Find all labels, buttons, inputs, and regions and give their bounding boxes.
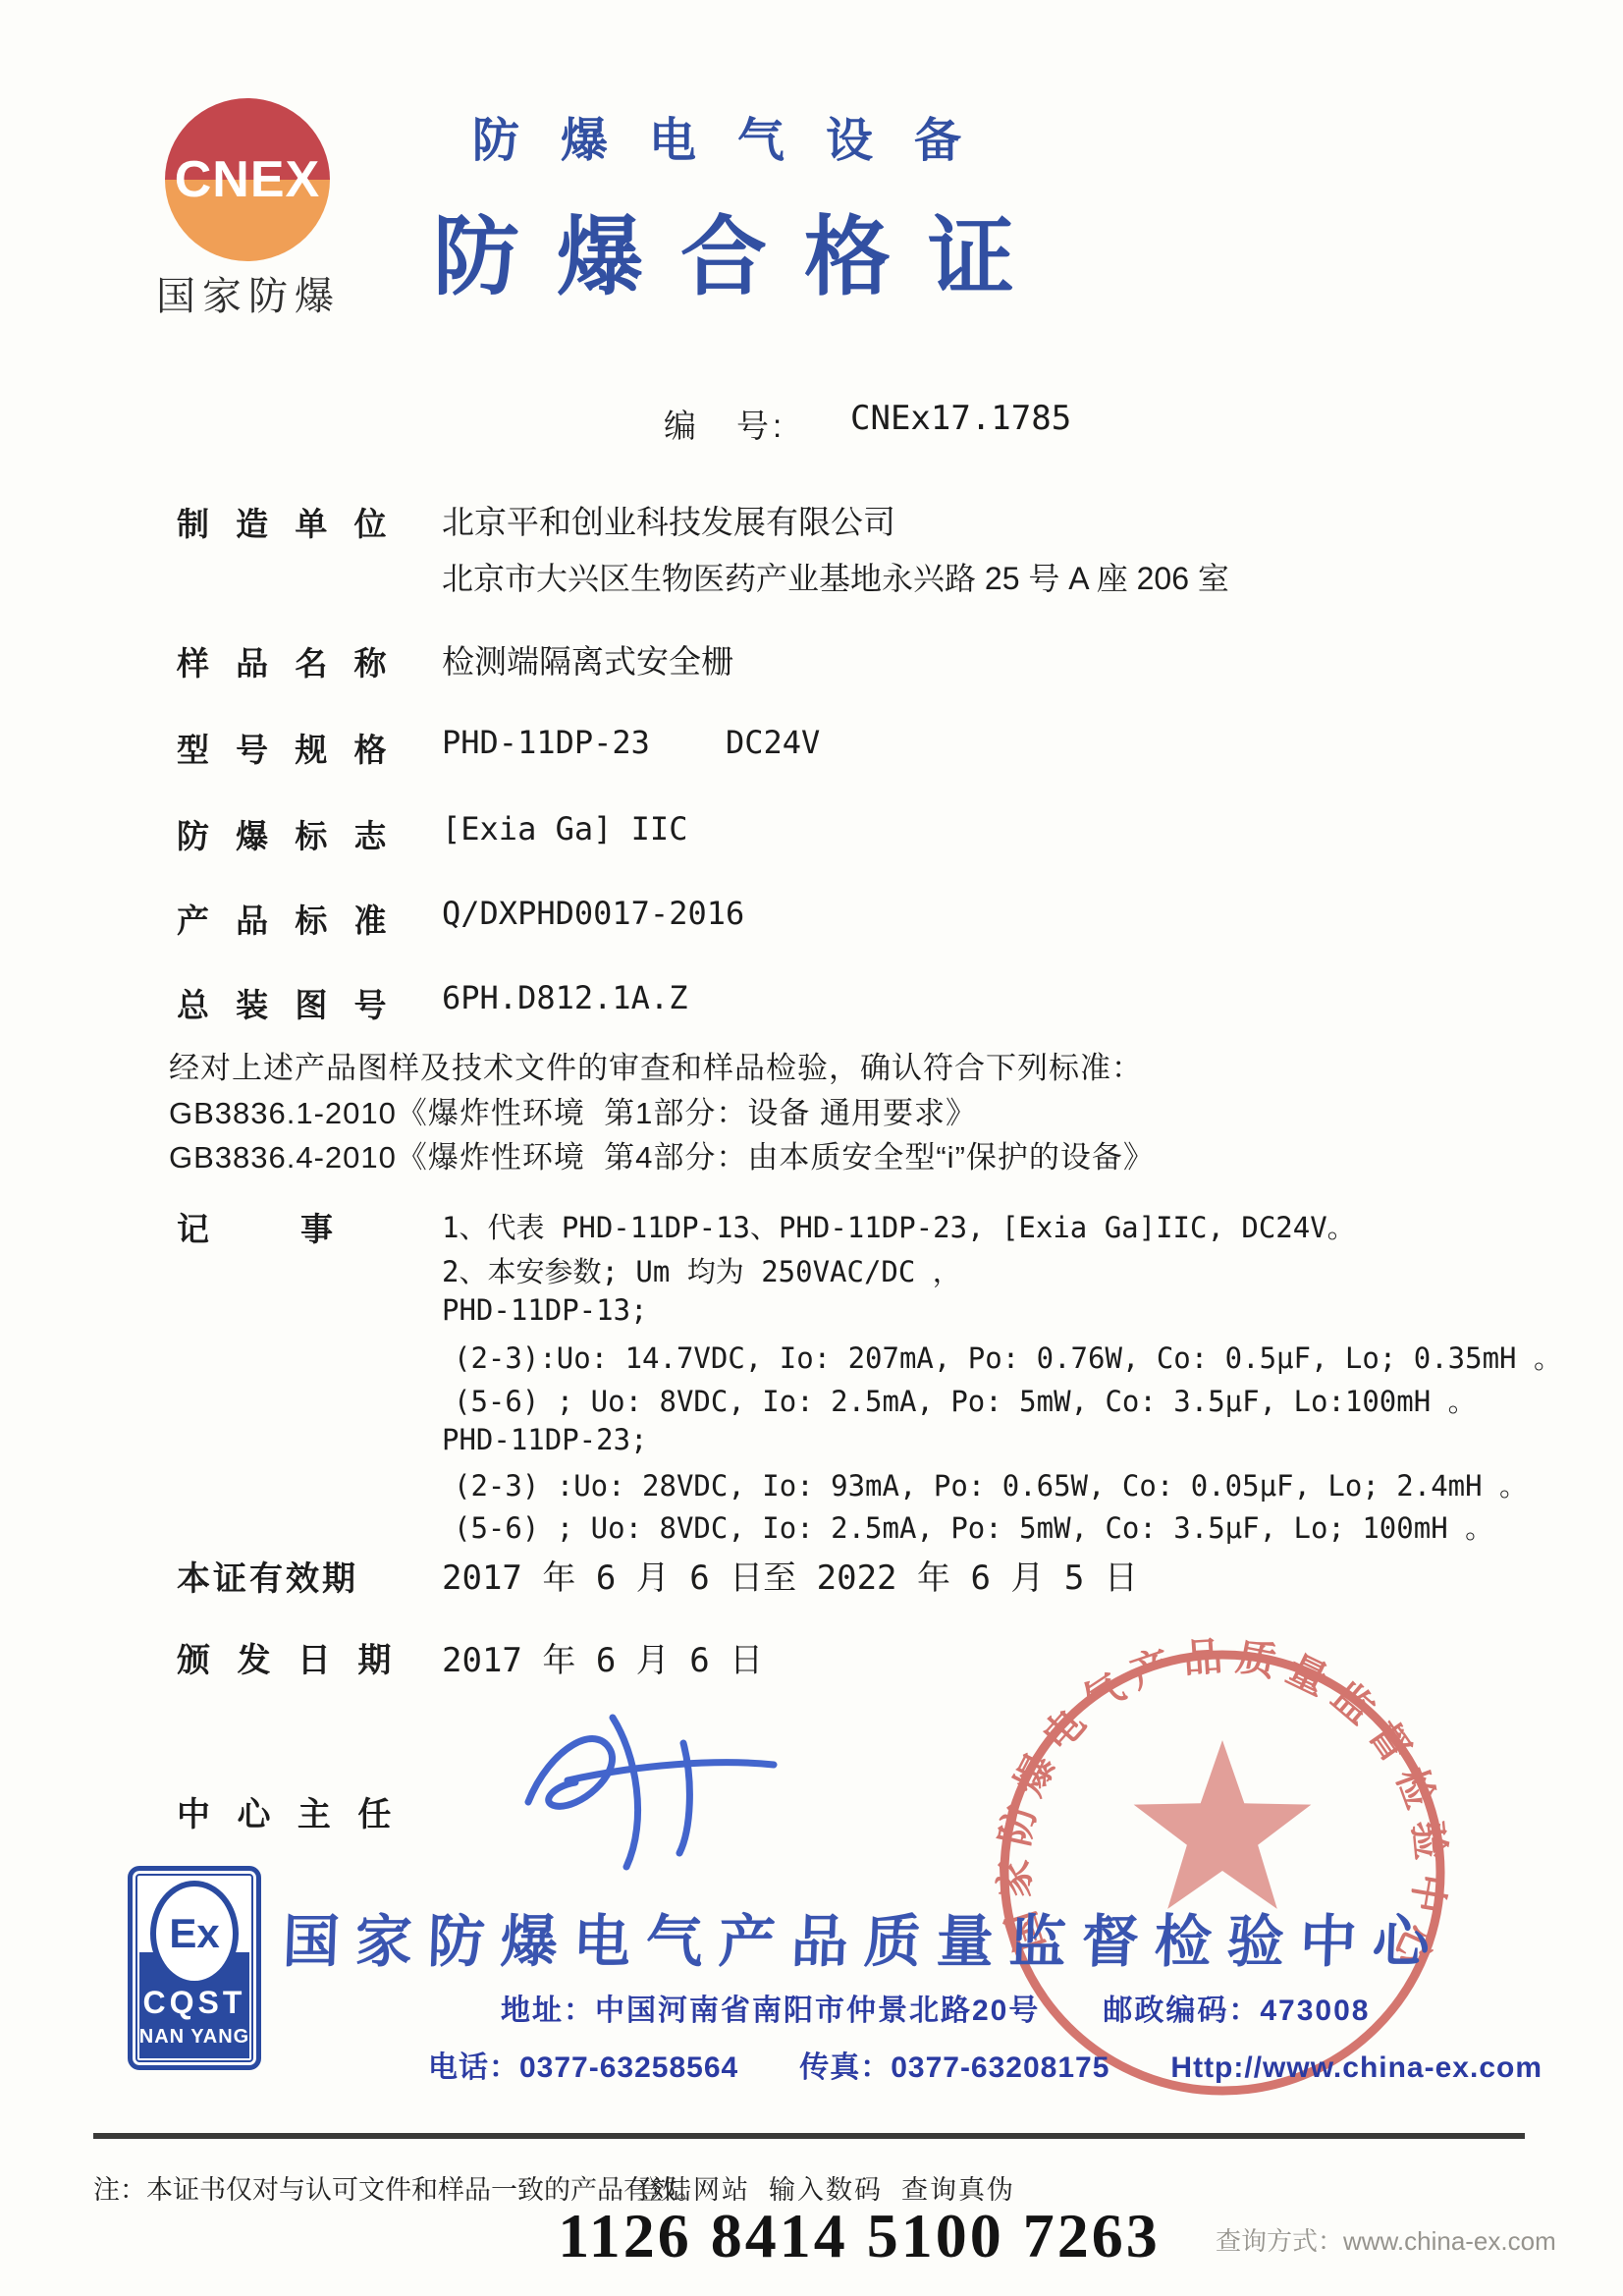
footer-divider <box>93 2133 1525 2139</box>
certificate-page: CNEX 国家防爆 防爆电气设备 防爆合格证 编 号: CNEx17.1785 … <box>0 0 1623 2296</box>
ex-mark-icon: Ex <box>150 1881 239 1987</box>
standards-intro: 经对上述产品图样及技术文件的审查和样品检验，确认符合下列标准： <box>169 1043 1143 1087</box>
field-value-assembly-drawing: 6PH.D812.1A.Z <box>442 979 687 1016</box>
validity-value: 2017 年 6 月 6 日至 2022 年 6 月 5 日 <box>442 1551 1138 1599</box>
official-red-stamp: 国家防爆电气产品质量监督检验中心 <box>982 1632 1463 2113</box>
standard-item-1: GB3836.1-2010《爆炸性环境 第1部分：设备 通用要求》 <box>169 1088 977 1132</box>
certificate-subtitle: 防爆电气设备 <box>389 102 1086 170</box>
footer-telephone: 电话：0377-63258564 传真：0377-63208175 Http:/… <box>428 2043 1542 2086</box>
ex-logo-nanyang: NAN YANG <box>133 2026 256 2049</box>
field-value-manufacturer: 北京平和创业科技发展有限公司 <box>442 497 895 543</box>
standard-item-2: GB3836.4-2010《爆炸性环境 第4部分：由本质安全型“i”保护的设备》 <box>169 1132 1155 1176</box>
ex-logo-cqst: CQST <box>133 1985 256 2021</box>
remark-line: 2、本安参数; Um 均为 250VAC/DC ， <box>442 1250 961 1290</box>
field-label-sample-name: 样 品 名 称 <box>177 638 396 684</box>
field-label-ex-marking: 防 爆 标 志 <box>177 811 396 857</box>
remark-line: PHD-11DP-13; <box>442 1293 648 1327</box>
cnex-logo-icon: CNEX <box>165 98 330 261</box>
certificate-number-label: 编 号: <box>664 401 785 447</box>
director-label: 中 心 主 任 <box>177 1787 400 1835</box>
cnex-logo-caption: 国家防爆 <box>126 265 371 321</box>
ex-cqst-logo: Ex CQST NAN YANG <box>128 1866 261 2070</box>
remark-line: (5-6) ; Uo: 8VDC, Io: 2.5mA, Po: 5mW, Co… <box>454 1380 1477 1420</box>
field-label-model: 型 号 规 格 <box>177 725 396 771</box>
inspection-center-name: 国家防爆电气产品质量监督检验中心 <box>282 1895 1502 1978</box>
field-label-product-standard: 产 品 标 准 <box>177 896 396 942</box>
field-value-ex-marking: [Exia Ga] IIC <box>442 810 687 847</box>
query-method: 查询方式：www.china-ex.com <box>1216 2221 1556 2258</box>
issue-date-value: 2017 年 6 月 6 日 <box>442 1633 763 1681</box>
stamp-star-icon <box>1134 1740 1312 1909</box>
field-value-product-standard: Q/DXPHD0017-2016 <box>442 895 744 932</box>
validity-label: 本证有效期 <box>177 1552 358 1600</box>
remark-line: 1、代表 PHD-11DP-13、PHD-11DP-23, [Exia Ga]I… <box>442 1206 1356 1246</box>
footer-address: 地址：中国河南省南阳市仲景北路20号 邮政编码：473008 <box>501 1986 1370 2029</box>
issue-date-label: 颁 发 日 期 <box>177 1633 400 1681</box>
field-value-manufacturer-address: 北京市大兴区生物医药产业基地永兴路 25 号 A 座 206 室 <box>442 554 1229 599</box>
remark-line: (2-3):Uo: 14.7VDC, Io: 207mA, Po: 0.76W,… <box>454 1337 1562 1377</box>
remarks-label: 记 事 <box>177 1204 342 1250</box>
ex-mark-text: Ex <box>169 1910 219 1957</box>
field-label-manufacturer: 制 造 单 位 <box>177 499 396 545</box>
field-value-model: PHD-11DP-23 DC24V <box>442 724 820 761</box>
remark-line: (5-6) ; Uo: 8VDC, Io: 2.5mA, Po: 5mW, Co… <box>454 1506 1493 1547</box>
certificate-number-value: CNEx17.1785 <box>850 399 1071 438</box>
cnex-logo-text: CNEX <box>175 150 320 209</box>
field-value-sample-name: 检测端隔离式安全栅 <box>442 636 733 683</box>
field-label-assembly-drawing: 总 装 图 号 <box>177 980 396 1026</box>
remark-line: PHD-11DP-23; <box>442 1423 648 1456</box>
certificate-title: 防爆合格证 <box>379 189 1106 312</box>
director-signature <box>511 1704 825 1881</box>
remark-line: (2-3) :Uo: 28VDC, Io: 93mA, Po: 0.65W, C… <box>454 1464 1528 1504</box>
